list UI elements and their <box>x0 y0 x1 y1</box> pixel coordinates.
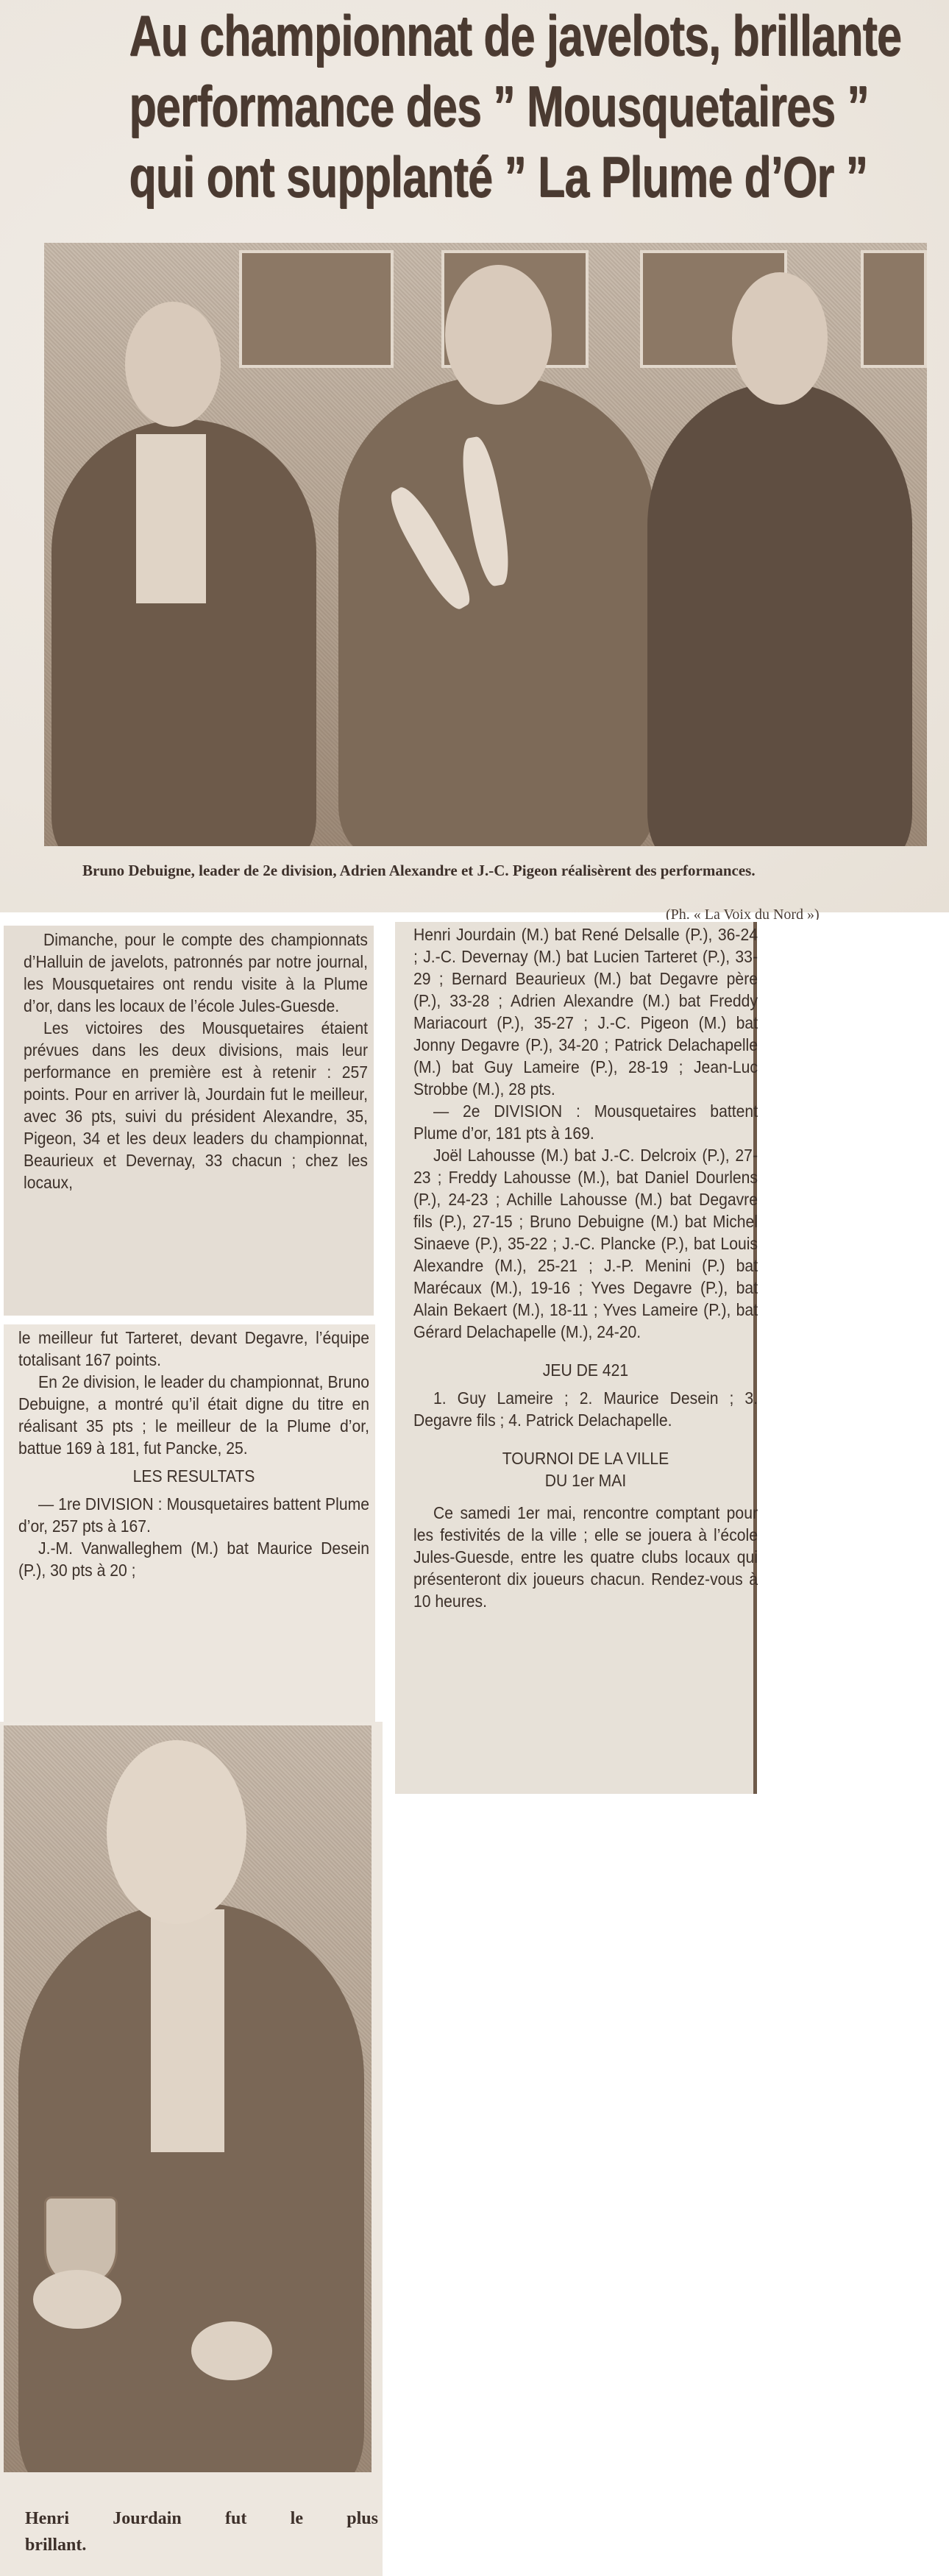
person-middle-head <box>445 265 552 405</box>
paragraph-victories: Les victoires des Mousquetaires étaient … <box>24 1017 368 1193</box>
div1-intro: — 1re DIVISION : Mousquetaires battent P… <box>18 1493 369 1537</box>
building-window <box>239 250 394 368</box>
building-window <box>861 250 927 368</box>
side-photo <box>4 1725 372 2472</box>
div1-results-start: J.-M. Vanwalleghem (M.) bat Maurice Dese… <box>18 1537 369 1581</box>
headline-line-2: performance des ” Mousquetaires ” <box>129 71 834 141</box>
side-caption-line-1: Henri Jourdain fut le plus <box>25 2509 378 2528</box>
side-photo-caption: Henri Jourdain fut le plus brillant. <box>25 2505 378 2558</box>
photo-credit: (Ph. « La Voix du Nord ») <box>666 906 938 920</box>
jeu-421-heading: JEU DE 421 <box>413 1359 758 1381</box>
paragraph-tarteret: le meilleur fut Tarteret, devant Degavre… <box>18 1327 369 1371</box>
hand-left <box>33 2270 121 2329</box>
side-caption-line-2: brillant. <box>25 2532 378 2558</box>
person-trophy-head <box>107 1740 246 1924</box>
tournoi-heading-2: DU 1er MAI <box>413 1469 758 1491</box>
person-left-head <box>125 302 221 427</box>
paragraph-intro: Dimanche, pour le compte des championnat… <box>24 929 368 1017</box>
article-column-left-top: Dimanche, pour le compte des championnat… <box>24 929 368 1193</box>
paragraph-2e-division: En 2e division, le leader du championnat… <box>18 1371 369 1459</box>
person-left-shirt <box>136 434 206 603</box>
person-right <box>647 383 912 846</box>
tournoi-text: Ce samedi 1er mai, rencontre comptant po… <box>413 1502 758 1612</box>
hand-right <box>191 2321 272 2380</box>
person-middle <box>338 375 655 846</box>
tournoi-heading-1: TOURNOI DE LA VILLE <box>413 1447 758 1469</box>
article-column-left-bottom: le meilleur fut Tarteret, devant Degavre… <box>18 1327 369 1581</box>
div2-results: Joël Lahousse (M.) bat J.-C. Delcroix (P… <box>413 1144 758 1343</box>
headline-line-1: Au championnat de javelots, brillante <box>129 0 834 71</box>
article-column-right: Henri Jourdain (M.) bat René Delsalle (P… <box>413 923 758 1612</box>
main-photo <box>44 243 927 846</box>
person-trophy-shirt <box>151 1909 224 2152</box>
results-heading: LES RESULTATS <box>18 1465 369 1487</box>
div1-results: Henri Jourdain (M.) bat René Delsalle (P… <box>413 923 758 1100</box>
div2-intro: — 2e DIVISION : Mousquetaires battent Pl… <box>413 1100 758 1144</box>
person-right-head <box>732 272 828 405</box>
jeu-421-results: 1. Guy Lameire ; 2. Maurice Desein ; 3. … <box>413 1387 758 1431</box>
headline-line-3: qui ont supplanté ” La Plume d’Or ” <box>129 141 834 212</box>
headline: Au championnat de javelots, brillante pe… <box>129 0 834 228</box>
main-photo-caption: Bruno Debuigne, leader de 2e division, A… <box>35 861 940 880</box>
